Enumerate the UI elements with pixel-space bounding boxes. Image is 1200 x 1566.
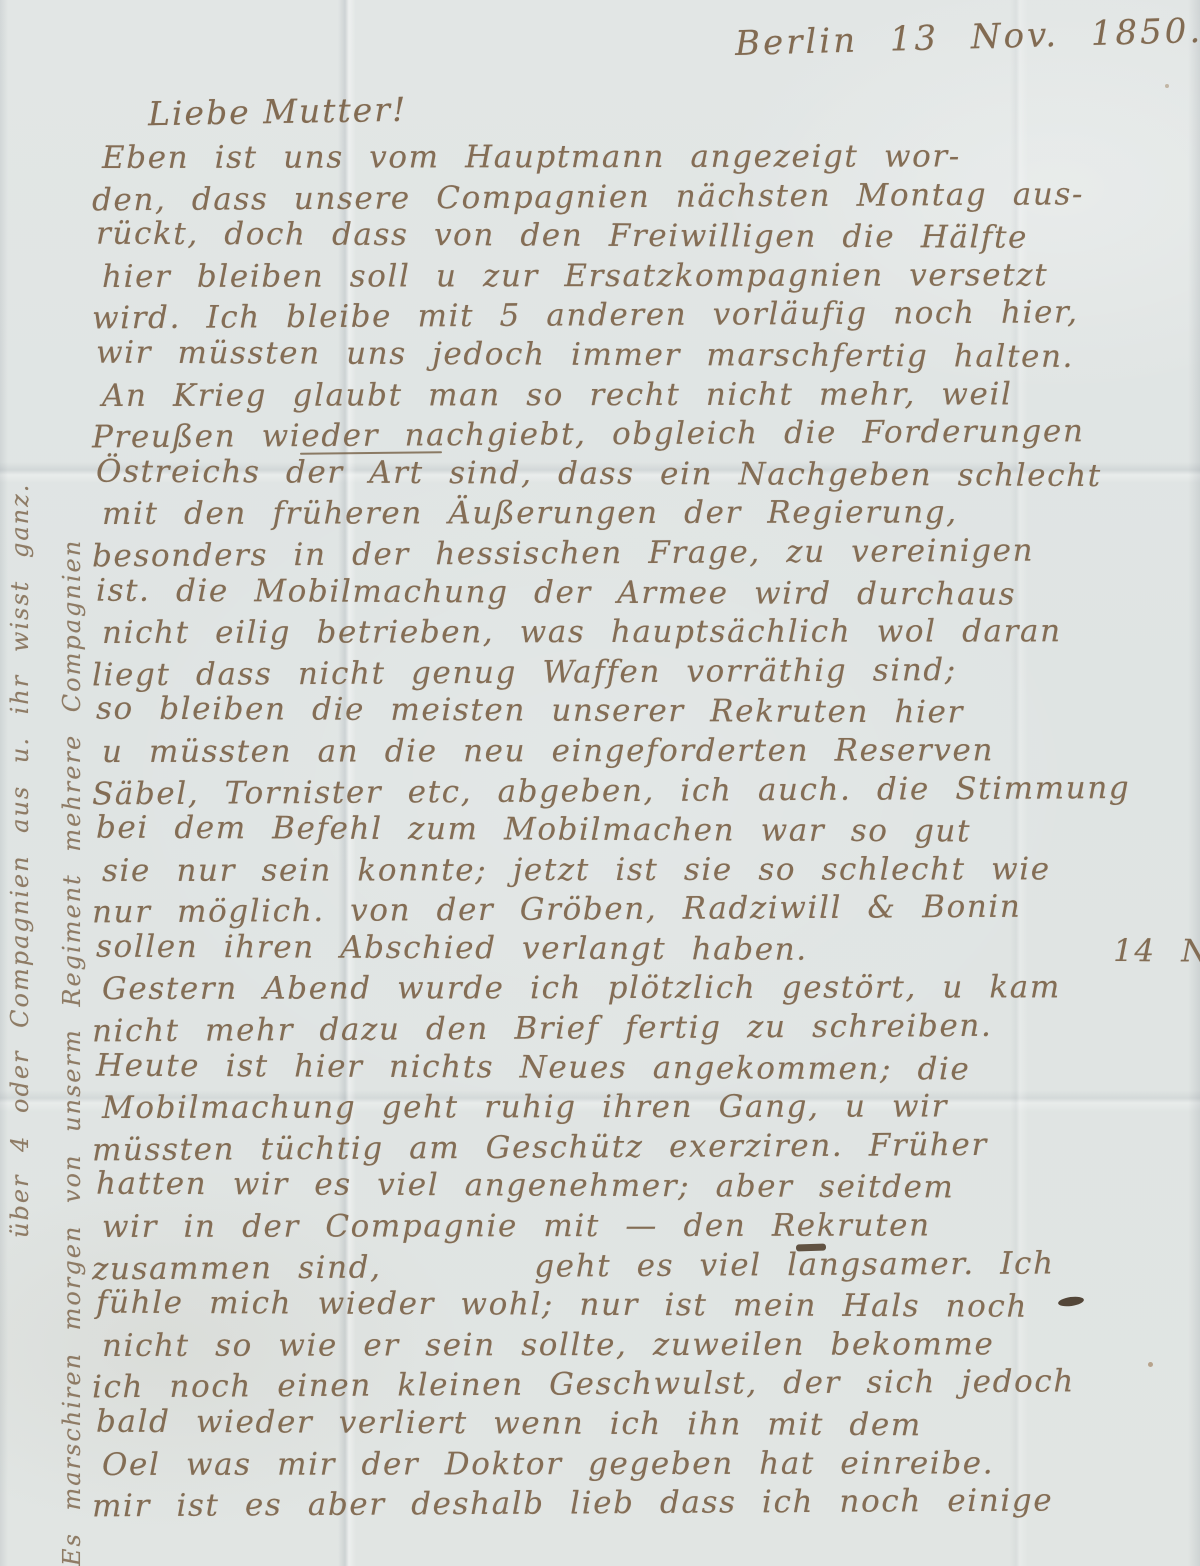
letter-line: Östreichs der Art sind, dass ein Nachgeb…: [92, 452, 1192, 496]
letter-line: nicht mehr dazu den Brief fertig zu schr…: [92, 1006, 1192, 1052]
letter-line: Säbel, Tornister etc, abgeben, ich auch.…: [92, 768, 1192, 814]
letter-line: liegt dass nicht genug Waffen vorräthig …: [92, 649, 1192, 695]
letter-line: Preußen wieder nachgiebt, obgleich die F…: [92, 412, 1192, 458]
margin-note-inner: Es marschiren morgen von unserm Regiment…: [58, 206, 86, 1566]
paper-speck: [1165, 84, 1169, 88]
letter-line: sie nur sein konnte; jetzt ist sie so sc…: [92, 850, 1192, 892]
letter-line: rückt, doch dass von den Freiwilligen di…: [92, 215, 1192, 259]
letter-line: besonders in der hessischen Frage, zu ve…: [92, 531, 1192, 577]
letter-line: bald wieder verliert wenn ich ihn mit de…: [92, 1403, 1192, 1447]
letter-line: müssten tüchtig am Geschütz exerziren. F…: [92, 1124, 1192, 1170]
letter-line: zusammen sind, geht es viel langsamer. I…: [92, 1243, 1192, 1289]
margin-note-outer: über 4 oder Compagnien aus u. ihr wisst …: [6, 218, 34, 1238]
letter-line: wir in der Compagnie mit — den Rekruten: [92, 1206, 1192, 1248]
letter-line: Gestern Abend wurde ich plötzlich gestör…: [92, 969, 1192, 1011]
letter-line: u müssten an die neu eingeforderten Rese…: [92, 731, 1192, 773]
letter-line: sollen ihren Abschied verlangt haben. 14…: [92, 927, 1192, 971]
letter-line: Oel was mir der Doktor gegeben hat einre…: [92, 1444, 1192, 1486]
letter-line: Eben ist uns vom Hauptmann angezeigt wor…: [92, 137, 1192, 179]
letter-line: hier bleiben soll u zur Ersatzkompagnien…: [92, 256, 1192, 298]
letter-line: mit den früheren Äußerungen der Regierun…: [92, 493, 1192, 535]
letter-salutation: Liebe Mutter!: [148, 90, 408, 134]
strikethrough-mark: [796, 1243, 826, 1251]
letter-line: ist. die Mobilmachung der Armee wird dur…: [92, 571, 1192, 615]
letter-line: Mobilmachung geht ruhig ihren Gang, u wi…: [92, 1087, 1192, 1129]
letter-body: Eben ist uns vom Hauptmann angezeigt wor…: [92, 138, 1192, 1524]
letter-line: An Krieg glaubt man so recht nicht mehr,…: [92, 375, 1192, 417]
letter-line: nicht eilig betrieben, was hauptsächlich…: [92, 612, 1192, 654]
letter-line: den, dass unsere Compagnien nächsten Mon…: [92, 174, 1192, 220]
letter-line: nur möglich. von der Gröben, Radziwill &…: [92, 887, 1192, 933]
letter-line: nicht so wie er sein sollte, zuweilen be…: [92, 1325, 1192, 1367]
paper-speck: [1148, 1362, 1153, 1367]
letter-line: bei dem Befehl zum Mobilmachen war so gu…: [92, 809, 1192, 853]
letter-line: fühle mich wieder wohl; nur ist mein Hal…: [92, 1284, 1192, 1328]
letter-line: wir müssten uns jedoch immer marschferti…: [92, 334, 1192, 378]
letter-line: Heute ist hier nichts Neues angekommen; …: [92, 1046, 1192, 1090]
letter-line: so bleiben die meisten unserer Rekruten …: [92, 690, 1192, 734]
letter-line: mir ist es aber deshalb lieb dass ich no…: [92, 1481, 1192, 1527]
handwritten-letter-scan: Berlin 13 Nov. 1850. Liebe Mutter! Eben …: [0, 0, 1200, 1566]
letter-line: wird. Ich bleibe mit 5 anderen vorläufig…: [92, 293, 1192, 339]
letter-line: ich noch einen kleinen Geschwulst, der s…: [92, 1362, 1192, 1408]
letter-dateline: Berlin 13 Nov. 1850.: [735, 12, 1166, 64]
letter-line: hatten wir es viel angenehmer; aber seit…: [92, 1165, 1192, 1209]
